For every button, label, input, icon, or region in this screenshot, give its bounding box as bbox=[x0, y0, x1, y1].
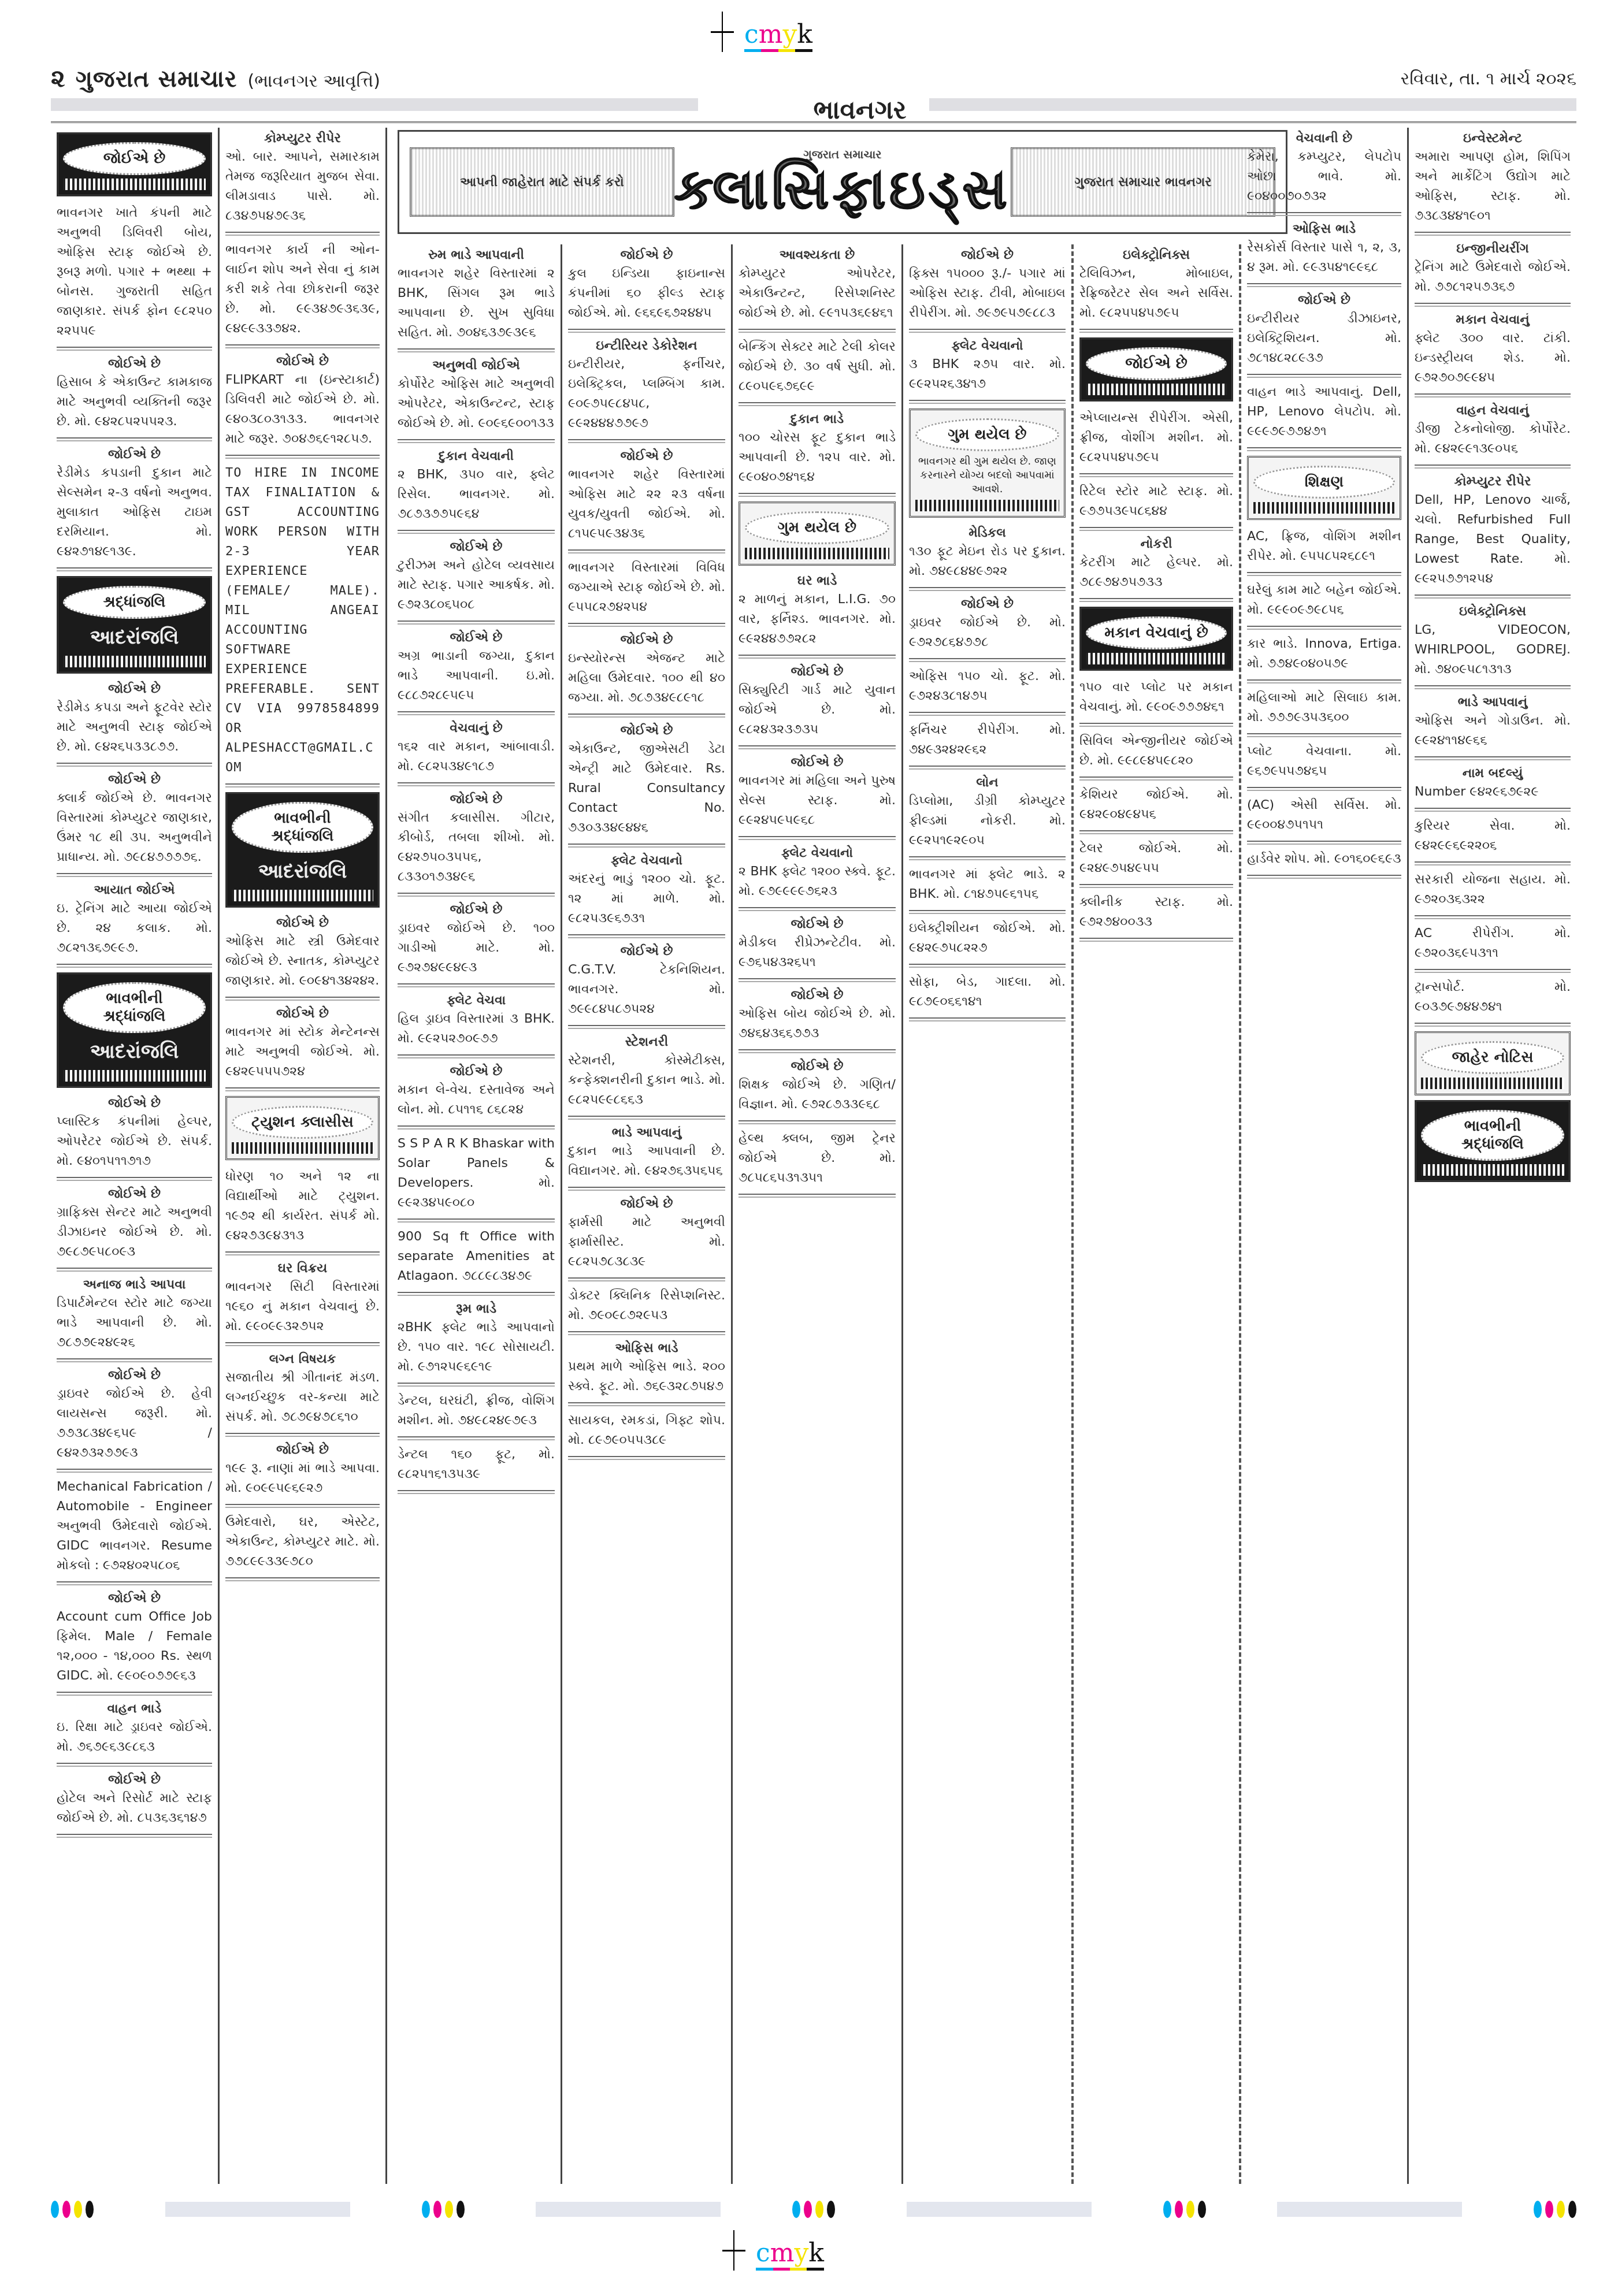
ad-body: એકાઉન્ટ, જીએસટી ડેટા એન્ટ્રી માટે ઉમેદવા… bbox=[568, 740, 725, 838]
ad-heading: દુકાન વેચવાની bbox=[398, 448, 555, 465]
ad-heading: જોઈએ છે bbox=[568, 1195, 725, 1213]
classified-ad: ફ્લેટ વેચવાનો૨ BHK ફ્લેટ ૧૨૦૦ સ્ક્વે. ફૂ… bbox=[739, 842, 896, 905]
cmyk-dots bbox=[1163, 2201, 1206, 2218]
classified-ad: ઇલેક્ટ્રીશીયન જોઈએ. મો. ૯૪૨૯૭૫૮૨૨૭ bbox=[909, 916, 1066, 961]
ad-body: ૩ BHK ૨૭૫ વાર. મો. ૯૯૨૫૨૬૩૪૧૭ bbox=[909, 355, 1066, 394]
display-ad-box: ગુમ થયેલ છેભાવનગર થી ગુમ થયેલ છે. જાણ કર… bbox=[909, 408, 1066, 518]
ad-heading: ઇન્જીનીયરીંગ bbox=[1415, 240, 1571, 258]
ad-separator bbox=[398, 1054, 555, 1058]
ad-separator bbox=[225, 1433, 380, 1437]
classified-ad: જોઈએ છેઓફિસ માટે સ્ત્રી ઉમેદવાર જોઈએ છે.… bbox=[225, 912, 380, 994]
ad-body: Number ૯૪૨૯૬૭૯૨૯ bbox=[1415, 782, 1571, 802]
ad-separator bbox=[1415, 915, 1571, 919]
classified-ad: લોનડિપ્લોમા, ડીગ્રી કોમ્પ્યુટર ફીલ્ડમાં … bbox=[909, 772, 1066, 854]
classified-ad: સ્ટેશનરીસ્ટેશનરી, કોસ્મેટીક્સ, કન્ફેક્શન… bbox=[568, 1031, 725, 1113]
ad-separator bbox=[1079, 598, 1233, 602]
decorative-border bbox=[745, 548, 889, 559]
ad-heading: ભાડે આપવાનું bbox=[568, 1124, 725, 1142]
ad-body: મહિલાઓ માટે સિલાઇ કામ. મો. ૭૭૭૯૩૫૩૬૦૦ bbox=[1247, 688, 1401, 727]
classified-ad: ઇન્ટીરિયર ડેકોરેશનઇન્ટીરીયર, ફર્નીચર, ઇલ… bbox=[568, 335, 725, 437]
ad-body: સિક્યુરિટી ગાર્ડ માટે યુવાન જોઈએ છે. મો.… bbox=[739, 681, 896, 740]
ad-heading: ઘર વિક્રય bbox=[225, 1260, 380, 1277]
ad-separator bbox=[57, 437, 212, 441]
registration-mark-top: cmyk bbox=[711, 12, 812, 52]
ad-separator bbox=[398, 621, 555, 625]
ad-body: ક્લીનીક સ્ટાફ. મો. ૯૭૨૭૪૦૦૩૩ bbox=[1079, 893, 1233, 932]
ad-separator bbox=[1247, 841, 1401, 845]
ad-heading: જોઈએ છે bbox=[398, 538, 555, 556]
ad-body: 900 Sq ft Office with separate Amenities… bbox=[398, 1227, 555, 1286]
ad-body: Mechanical Fabrication / Automobile - En… bbox=[57, 1477, 212, 1576]
ad-body: શિક્ષક જોઈએ છે. ગણિત/વિજ્ઞાન. મો. ૯૭૨૮૭૩… bbox=[739, 1075, 896, 1114]
classified-ad: જોઈએ છેરેડીમેડ કપડા અને ફૂટવેર સ્ટોર માટ… bbox=[57, 678, 212, 760]
classified-ad: જોઈએ છેહિસાબ કે એકાઉન્ટ કામકાજ માટે અનુભ… bbox=[57, 353, 212, 435]
ad-body: ડિપ્લોમા, ડીગ્રી કોમ્પ્યુટર ફીલ્ડમાં નોક… bbox=[909, 792, 1066, 850]
classified-ad: પ્લોટ વેચવાના. મો. ૯૬૭૯૫૫૭૪૬૫ bbox=[1247, 740, 1401, 785]
ad-separator bbox=[225, 344, 380, 348]
ad-body: ધોરણ ૧૦ અને ૧૨ ના વિદ્યાર્થીઓ માટે ટ્યુશ… bbox=[225, 1167, 380, 1246]
classified-ad: ઇન્જીનીયરીંગટ્રેનિંગ માટે ઉમેદવારો જોઈએ.… bbox=[1415, 238, 1571, 300]
ad-body: ઘરેલું કામ માટે બહેન જોઈએ. મો. ૯૯૯૦૯૭૯૮૫… bbox=[1247, 581, 1401, 620]
classified-ad: ઘરેલું કામ માટે બહેન જોઈએ. મો. ૯૯૯૦૯૭૯૮૫… bbox=[1247, 578, 1401, 623]
ad-separator bbox=[398, 348, 555, 352]
ad-separator bbox=[1079, 830, 1233, 834]
ad-heading: લગ્ન વિષયક bbox=[225, 1351, 380, 1368]
ad-body: એપ્લાયન્સ રીપેરીંગ. એસી, ફ્રીજ, વોશીંગ મ… bbox=[1079, 408, 1233, 467]
column-3: રુમ ભાડે આપવાનીભાવનગર શહેર વિસ્તારમાં ૨ … bbox=[392, 244, 562, 2184]
ad-separator bbox=[398, 893, 555, 897]
crosshair-icon bbox=[722, 2230, 745, 2271]
classified-ad: ઓફિસ ભાડેરેસકોર્સ વિસ્તાર પાસે ૧, ૨, ૩, … bbox=[1247, 218, 1401, 281]
cmyk-dots bbox=[422, 2201, 465, 2218]
classified-ad: ઇલેક્ટ્રોનિક્સLG, VIDEOCON, WHIRLPOOL, G… bbox=[1415, 601, 1571, 683]
ad-heading: દુકાન ભાડે bbox=[739, 411, 896, 428]
classified-ad: નામ બદલ્યુંNumber ૯૪૨૯૬૭૯૨૯ bbox=[1415, 763, 1571, 805]
classified-ad: જોઈએ છેસંગીત કલાસીસ. ગીટાર, કીબોર્ડ, તબલ… bbox=[398, 789, 555, 890]
ad-body: ઇન્ટીરીયર, ફર્નીચર, ઇલેક્ટ્રિકલ, પ્લમ્બિ… bbox=[568, 355, 725, 433]
classified-ad: ઉમેદવારો, ઘર, એસ્ટેટ, એકાઉન્ટ, કોમ્પ્યુટ… bbox=[225, 1510, 380, 1575]
decorative-border bbox=[63, 656, 206, 667]
ad-heading: ઇલેક્ટ્રોનિક્સ bbox=[1079, 247, 1233, 264]
ad-body: FLIPKART ના (ઇન્સ્ટાકાર્ટ) ડિલિવરી માટે … bbox=[225, 370, 380, 449]
classified-ad: જોઈએ છેભાવનગર શહેર વિસ્તારમાં ઓફિસ માટે … bbox=[568, 445, 725, 547]
display-ad-subtitle: આદરાંજલિ bbox=[63, 1036, 206, 1067]
ad-heading: રુમ ભાડે આપવાની bbox=[398, 247, 555, 264]
ad-body: ભાવનગર માં મહિલા અને પુરુષ સેલ્સ સ્ટાફ. … bbox=[739, 771, 896, 830]
display-ad-box: મકાન વેચવાનું છે bbox=[1079, 607, 1233, 671]
classified-ad: જોઈએ છેક્લાર્ક જોઈએ છે. ભાવનગર વિસ્તારમા… bbox=[57, 769, 212, 871]
classified-ad: ઘર વિક્રયભાવનગર સિટી વિસ્તારમાં ૧૯૬૦ નું… bbox=[225, 1258, 380, 1340]
ad-body: ઓ. બાર. આપને, સમારકામ તેમજ જરૂરિયાત મુજબ… bbox=[225, 147, 380, 226]
display-ad-title: ગુમ થયેલ છે bbox=[915, 418, 1059, 451]
classified-ad: જોઈએ છેઇન્ટીરીયર ડીઝાઇનર, ઇલેક્ટ્રિશિયન.… bbox=[1247, 289, 1401, 371]
grey-patch bbox=[1277, 2202, 1462, 2217]
ad-separator bbox=[568, 1331, 725, 1335]
ad-body: ડ્રાઇવર જોઈએ છે. હેવી લાયસન્સ જરૂરી. મો.… bbox=[57, 1384, 212, 1463]
ad-body: ભાવનગર શહેર વિસ્તારમાં ૨ BHK, સિંગલ રૂમ … bbox=[398, 264, 555, 343]
classified-ad: મકાન વેચવાનુંફ્લેટ ૩૦૦ વાર. ટાંકી. ઇન્ડસ… bbox=[1415, 309, 1571, 391]
ad-heading: જોઈએ છે bbox=[568, 448, 725, 465]
display-ad-box: ભાવભીની શ્રદ્ધાંજલિઆદરાંજલિ bbox=[57, 972, 212, 1088]
ad-separator bbox=[909, 329, 1066, 333]
classified-ad: વેચવાનું છે૧૬૨ વાર મકાન, આંબાવાડી. મો. ૯… bbox=[398, 718, 555, 780]
ad-heading: જોઈએ છે bbox=[57, 355, 212, 373]
ad-body: ડોક્ટર ક્લિનિક રિસેપ્શનિસ્ટ. મો. ૭૯૦૯૮૭૨… bbox=[568, 1286, 725, 1325]
classifieds-page: જોઈએ છેભાવનગર ખાતે કંપની માટે અનુભવી ડિલ… bbox=[51, 121, 1576, 2184]
classified-ad: જોઈએ છેટુરીઝમ અને હોટેલ વ્યવસાય માટે સ્ટ… bbox=[398, 536, 555, 618]
classified-ad: S S P A R K Bhaskar with Solar Panels & … bbox=[398, 1132, 555, 1216]
ad-heading: જોઈએ છે bbox=[568, 722, 725, 740]
ad-separator bbox=[398, 782, 555, 786]
classified-ad: ભાડે આપવાનુંદુકાન ભાડે આપવાની છે. વિદ્યા… bbox=[568, 1122, 725, 1184]
column-7: ઇલેક્ટ્રોનિક્સટેલિવિઝન, મોબાઇલ, રેફ્રિજર… bbox=[1074, 244, 1241, 2184]
ad-separator bbox=[1415, 756, 1571, 760]
ad-separator bbox=[909, 658, 1066, 662]
ad-heading: ઇલેક્ટ્રોનિક્સ bbox=[1415, 603, 1571, 621]
ad-separator bbox=[739, 1194, 896, 1198]
cmyk-dots bbox=[51, 2201, 94, 2218]
ad-separator bbox=[1247, 572, 1401, 576]
ad-separator bbox=[1247, 875, 1401, 879]
display-ad-box: જોઈએ છે bbox=[57, 132, 212, 196]
classified-ad: દુકાન વેચવાની૨ BHK, ૩૫૦ વાર, ફ્લેટ રિસેલ… bbox=[398, 445, 555, 527]
classified-ad: ક્લીનીક સ્ટાફ. મો. ૯૭૨૭૪૦૦૩૩ bbox=[1079, 890, 1233, 935]
classified-ad: જોઈએ છેરેડીમેડ કપડાની દુકાન માટે સેલ્સમે… bbox=[57, 444, 212, 565]
ad-body: સજાતીય શ્રી ગીતાનંદ મંડળ. લગ્નઈચ્છુક વર-… bbox=[225, 1368, 380, 1427]
ad-separator bbox=[57, 1581, 212, 1585]
display-ad-title: ટ્યુશન ક્લાસીસ bbox=[232, 1106, 373, 1139]
ad-body: ડ્રાઇવર જોઈએ છે. મો. ૯૭૨૭૮૬૪૭૭૮ bbox=[909, 613, 1066, 652]
classified-ad: કોમ્પ્યુટર રીપેરઓ. બાર. આપને, સમારકામ તે… bbox=[225, 128, 380, 229]
ad-separator bbox=[398, 1436, 555, 1440]
ad-heading: ફ્લેટ વેચવા bbox=[398, 992, 555, 1009]
classified-ad: 900 Sq ft Office with separate Amenities… bbox=[398, 1225, 555, 1290]
ad-body: હિલ ડ્રાઇવ વિસ્તારમાં ૩ BHK. મો. ૯૯૨૫૨૭૦… bbox=[398, 1009, 555, 1049]
ad-separator bbox=[57, 1469, 212, 1473]
ad-body: સોફા, બેડ, ગાદલા. મો. ૯૮૭૯૦૬૬૧૪૧ bbox=[909, 972, 1066, 1012]
ad-body: TO HIRE IN INCOME TAX FINALIATION & GST … bbox=[225, 463, 380, 778]
ad-body: કેટરીંગ માટે હેલ્પર. મો. ૭૮૯૭૪૭૫૭૩૩ bbox=[1079, 553, 1233, 592]
ad-separator bbox=[1079, 884, 1233, 888]
classified-ad: ભાડે આપવાનુંઓફિસ અને ગોડાઉન. મો. ૯૯૨૪૧૧૪… bbox=[1415, 692, 1571, 754]
ad-separator bbox=[739, 493, 896, 497]
classified-ad: અનાજ ભાડે આપવાડિપાર્ટમેન્ટલ સ્ટોર માટે જ… bbox=[57, 1274, 212, 1356]
classified-ad: Mechanical Fabrication / Automobile - En… bbox=[57, 1475, 212, 1579]
color-calibration-strip bbox=[51, 2198, 1576, 2221]
classified-ad: ૧૫૦ વાર પ્લોટ પર મકાન વેચવાનું. મો. ૯૯૦૯… bbox=[1079, 675, 1233, 720]
ad-heading: કોમ્પ્યુટર રીપેર bbox=[1415, 473, 1571, 491]
classified-ad: ડેન્ટલ, ઘરઘંટી, ફ્રીજ, વોશિંગ મશીન. મો. … bbox=[398, 1389, 555, 1434]
classified-ad: જોઈએ છેડ્રાઇવર જોઈએ છે. હેવી લાયસન્સ જરૂ… bbox=[57, 1365, 212, 1466]
ad-body: રિટેલ સ્ટોર માટે સ્ટાફ. મો. ૯૭૭૫૩૯૫૮૬૪૪ bbox=[1079, 482, 1233, 521]
crosshair-icon bbox=[711, 12, 734, 52]
ad-body: ડેન્ટલ, ઘરઘંટી, ફ્રીજ, વોશિંગ મશીન. મો. … bbox=[398, 1391, 555, 1431]
classified-ad: ફર્નિચર રીપેરીંગ. મો. ૭૪૯૩૨૪૨૯૬૨ bbox=[909, 718, 1066, 763]
ad-heading: જોઈએ છે bbox=[57, 771, 212, 789]
column-2: કોમ્પ્યુટર રીપેરઓ. બાર. આપને, સમારકામ તે… bbox=[220, 128, 387, 2184]
ad-body: અંદરનું ભાડું ૧૨૦૦ ચો. ફૂટ. ૧૨ માં માળે.… bbox=[568, 870, 725, 928]
ad-body: ભાવનગર શહેર વિસ્તારમાં ઓફિસ માટે ૨૨ ૨૩ વ… bbox=[568, 465, 725, 544]
ad-separator bbox=[1415, 808, 1571, 812]
display-ad-subtitle: આદરાંજલિ bbox=[63, 622, 206, 652]
classified-ad: ભાવનગર માં ફ્લેટ ભાડે. ૨ BHK. મો. ૮૧૪૭૫૯… bbox=[909, 863, 1066, 908]
ad-body: ડેન્ટલ ૧૬૦ ફૂટ, મો. ૯૮૨૫૧૬૧૩૫૩૯ bbox=[398, 1445, 555, 1484]
ad-separator bbox=[398, 1490, 555, 1494]
ad-body: ફ્લેટ ૩૦૦ વાર. ટાંકી. ઇન્ડસ્ટ્રીયલ શેડ. … bbox=[1415, 329, 1571, 388]
ad-heading: મેડિકલ bbox=[909, 525, 1066, 542]
ad-separator bbox=[909, 964, 1066, 968]
ad-body: પ્રથમ માળે ઓફિસ ભાડે. ૨૦૦ સ્ક્વે. ફૂટ. મ… bbox=[568, 1357, 725, 1396]
ad-body: ઓફિસ ૧૫૦ ચો. ફૂટ. મો. ૯૭૨૪૩૮૧૪૭૫ bbox=[909, 667, 1066, 706]
ad-separator bbox=[1415, 595, 1571, 599]
ad-separator bbox=[739, 978, 896, 982]
decorative-border bbox=[1253, 502, 1395, 514]
classified-ad: વેચવાની છેકેમેરા, કમ્પ્યુટર, લેપટોપ ઓછા … bbox=[1247, 128, 1401, 210]
ad-body: હેલ્થ ક્લબ, જીમ ટ્રેનર જોઈએ છે. મો. ૭૮૫૮… bbox=[739, 1129, 896, 1188]
ad-heading: વેચવાનું છે bbox=[398, 720, 555, 737]
ad-separator bbox=[1415, 685, 1571, 689]
classified-ad: ભાવનગર વિસ્તારમાં વિવિધ જગ્યાએ સ્ટાફ જોઈ… bbox=[568, 556, 725, 621]
display-ad-title: જોઈએ છે bbox=[1086, 347, 1227, 380]
ad-heading: આયાત જોઈએ bbox=[57, 882, 212, 899]
ad-separator bbox=[225, 1087, 380, 1091]
ad-separator bbox=[739, 1049, 896, 1053]
decorative-border bbox=[915, 500, 1059, 511]
classified-ad: જોઈએ છેગ્રાફિક્સ સેન્ટર માટે અનુભવી ડીઝા… bbox=[57, 1183, 212, 1265]
registration-mark-bottom: cmyk bbox=[722, 2230, 824, 2271]
ad-body: ૨ BHK ફ્લેટ ૧૨૦૦ સ્ક્વે. ફૂટ. મો. ૯૭૯૯૯૯… bbox=[739, 862, 896, 901]
display-ad-title: ભાવભીની શ્રદ્ધાંજલિ bbox=[232, 802, 373, 853]
ad-body: રેસકોર્સ વિસ્તાર પાસે ૧, ૨, ૩, ૪ રૂમ. મો… bbox=[1247, 238, 1401, 277]
ad-body: કોમ્પ્યુટર ઓપરેટર, એકાઉન્ટન્ટ, રિસેપ્શનિ… bbox=[739, 264, 896, 323]
ad-heading: જોઈએ છે bbox=[57, 1367, 212, 1384]
ad-separator bbox=[568, 1116, 725, 1120]
ad-separator bbox=[568, 844, 725, 848]
display-ad-subtitle: આદરાંજલિ bbox=[232, 856, 373, 886]
classified-ad: અનુભવી જોઈએકોર્પોરેટ ઓફિસ માટે અનુભવી ઓપ… bbox=[398, 355, 555, 437]
ad-heading: જોઈએ છે bbox=[398, 791, 555, 808]
display-ad-box: શિક્ષણ bbox=[1247, 456, 1401, 520]
ad-separator bbox=[57, 964, 212, 968]
classified-ad: સરકારી યોજના સહાય. મો. ૯૭૨૦૩૬૩૨૨ bbox=[1415, 868, 1571, 913]
banner-title: ક્લાસિફાઇડ્સ bbox=[674, 161, 1011, 217]
ad-separator bbox=[225, 997, 380, 1001]
ad-heading: જોઈએ છે bbox=[568, 943, 725, 960]
ad-heading: વાહન વેચવાનું bbox=[1415, 402, 1571, 419]
column-4: જોઈએ છેકુલ ઇન્ડિયા ફાઇનાન્સ કંપનીમાં ૬૦ … bbox=[562, 244, 733, 2184]
classified-ad: (AC) એસી સર્વિસ. મો. ૯૯૦૦૪૭૫૧૫૧ bbox=[1247, 793, 1401, 838]
ad-separator bbox=[1247, 447, 1401, 451]
ad-separator bbox=[225, 455, 380, 459]
cmyk-label: cmyk bbox=[756, 2241, 824, 2271]
ad-separator bbox=[568, 1025, 725, 1029]
ad-body: ડ્રાઇવર જોઈએ છે. ૧૦૦ ગાડીઓ માટે. મો. ૯૭૨… bbox=[398, 919, 555, 978]
ad-separator bbox=[57, 1763, 212, 1767]
classified-ad: ઇલેક્ટ્રોનિક્સટેલિવિઝન, મોબાઇલ, રેફ્રિજર… bbox=[1079, 244, 1233, 326]
decorative-border bbox=[63, 179, 206, 190]
ad-body: કેશિયર જોઈએ. મો. ૯૪૨૯૦૪૯૪૫૬ bbox=[1079, 785, 1233, 824]
ad-heading: જોઈએ છે bbox=[225, 353, 380, 370]
ad-separator bbox=[739, 402, 896, 406]
classified-ad: મેડિકલ૧૩૦ ફૂટ મેઇન રોડ પર દુકાન. મો. ૭૪૯… bbox=[909, 522, 1066, 585]
ad-body: ગ્રાફિક્સ સેન્ટર માટે અનુભવી ડીઝાઇનર જોઈ… bbox=[57, 1203, 212, 1262]
ad-body: મકાન લે-વેચ. દસ્તાવેજ અને લોન. મો. ૮૫૧૧૬… bbox=[398, 1080, 555, 1120]
ad-body: ૧૯૯ રૂ. નાણાં માં ભાડે આપવા. મો. ૯૦૯૯૫૯૬… bbox=[225, 1459, 380, 1498]
ad-separator bbox=[1079, 723, 1233, 727]
masthead: ૨ ગુજરાત સમાચાર (ભાવનગર આવૃત્તિ) ભાવનગર … bbox=[51, 61, 1576, 113]
column-9: ઇન્વેસ્ટમેન્ટઅમારા આપણ હોમ, શિપિંગ અને મ… bbox=[1409, 128, 1576, 2184]
classified-ad: નોકરીકેટરીંગ માટે હેલ્પર. મો. ૭૮૯૭૪૭૫૭૩૩ bbox=[1079, 533, 1233, 596]
ad-body: ટ્રાન્સપોર્ટ. મો. ૯૦૩૭૯૭૪૪૭૪૧ bbox=[1415, 978, 1571, 1017]
ad-heading: જોઈએ છે bbox=[739, 987, 896, 1004]
ad-body: ઓફિસ અને ગોડાઉન. મો. ૯૯૨૪૧૧૪૯૬૬ bbox=[1415, 711, 1571, 751]
ad-separator bbox=[57, 567, 212, 571]
ad-separator bbox=[225, 1504, 380, 1508]
ad-body: કોર્પોરેટ ઓફિસ માટે અનુભવી ઓપરેટર, એકાઉન… bbox=[398, 374, 555, 433]
display-ad-box: ટ્યુશન ક્લાસીસ bbox=[225, 1096, 380, 1160]
classified-ad: કાર ભાડે. Innova, Ertiga. મો. ૭૭૪૯૦૪૦૫૭૯ bbox=[1247, 632, 1401, 677]
ad-heading: જોઈએ છે bbox=[398, 629, 555, 647]
banner-left-panel: આપની જાહેરાત માટે સંપર્ક કરો bbox=[410, 147, 674, 217]
ad-separator bbox=[909, 856, 1066, 860]
decorative-border bbox=[1086, 653, 1227, 664]
ad-separator bbox=[1415, 861, 1571, 865]
ad-separator bbox=[739, 745, 896, 749]
classified-ad: જોઈએ છેC.G.T.V. ટેકનિશિયન. ભાવનગર. મો. ૭… bbox=[568, 941, 725, 1023]
ad-heading: જોઈએ છે bbox=[57, 1590, 212, 1607]
classified-ad: જોઈએ છેકુલ ઇન્ડિયા ફાઇનાન્સ કંપનીમાં ૬૦ … bbox=[568, 244, 725, 326]
ad-separator bbox=[909, 910, 1066, 914]
classified-ad: વાહન ભાડે આપવાનું. Dell, HP, Lenovo લેપટ… bbox=[1247, 380, 1401, 445]
ad-heading: જોઈએ છે bbox=[909, 247, 1066, 264]
ad-body: Account cum Office Job ફિમેલ. Male / Fem… bbox=[57, 1607, 212, 1686]
ad-body: ઇલેક્ટ્રીશીયન જોઈએ. મો. ૯૪૨૯૭૫૮૨૨૭ bbox=[909, 919, 1066, 958]
decorative-border bbox=[1421, 1164, 1564, 1176]
ad-heading: નોકરી bbox=[1079, 536, 1233, 553]
ad-separator bbox=[1079, 777, 1233, 781]
classified-ad: ફ્લેટ વેચવાનો૩ BHK ૨૭૫ વાર. મો. ૯૯૨૫૨૬૩૪… bbox=[909, 335, 1066, 397]
ad-body: સ્ટેશનરી, કોસ્મેટીક્સ, કન્ફેક્શનરીની દુક… bbox=[568, 1051, 725, 1110]
classified-ad: ડેન્ટલ ૧૬૦ ફૂટ, મો. ૯૮૨૫૧૬૧૩૫૩૯ bbox=[398, 1443, 555, 1488]
ad-heading: જોઈએ છે bbox=[739, 663, 896, 681]
classified-ad: કુરિયર સેવા. મો. ૯૪૨૯૯૬૯૨૨૦૬ bbox=[1415, 814, 1571, 859]
classified-ad: કેશિયર જોઈએ. મો. ૯૪૨૯૦૪૯૪૫૬ bbox=[1079, 783, 1233, 828]
display-ad-box: ગુમ થયેલ છે bbox=[739, 501, 896, 566]
ad-body: પ્લોટ વેચવાના. મો. ૯૬૭૯૫૫૭૪૬૫ bbox=[1247, 742, 1401, 781]
ad-body: કુલ ઇન્ડિયા ફાઇનાન્સ કંપનીમાં ૬૦ ફીલ્ડ સ… bbox=[568, 264, 725, 323]
display-ad-box: શ્રદ્ધાંજલિઆદરાંજલિ bbox=[57, 576, 212, 674]
ad-body: ૨ BHK, ૩૫૦ વાર, ફ્લેટ રિસેલ. ભાવનગર. મો.… bbox=[398, 465, 555, 524]
column-5: આવશ્યકતા છેકોમ્પ્યુટર ઓપરેટર, એકાઉન્ટન્ટ… bbox=[733, 244, 903, 2184]
issue-date: રવિવાર, તા. ૧ માર્ચ ૨૦૨૬ bbox=[1401, 69, 1576, 89]
ad-body: રેડીમેડ કપડા અને ફૂટવેર સ્ટોર માટે અનુભવ… bbox=[57, 698, 212, 757]
ad-heading: સ્ટેશનરી bbox=[568, 1034, 725, 1051]
ad-separator bbox=[57, 873, 212, 877]
display-ad-title: ગુમ થયેલ છે bbox=[745, 511, 889, 544]
ad-separator bbox=[57, 1692, 212, 1696]
classified-ad: ઓફિસ ભાડેપ્રથમ માળે ઓફિસ ભાડે. ૨૦૦ સ્ક્વ… bbox=[568, 1338, 725, 1400]
ad-heading: જોઈએ છે bbox=[568, 631, 725, 649]
classified-ad: જોઈએ છેસિક્યુરિટી ગાર્ડ માટે યુવાન જોઈએ … bbox=[739, 661, 896, 743]
ad-heading: ફ્લેટ વેચવાનો bbox=[739, 845, 896, 862]
classified-ad: ઓફિસ ૧૫૦ ચો. ફૂટ. મો. ૯૭૨૪૩૮૧૪૭૫ bbox=[909, 664, 1066, 709]
header-rule-right bbox=[929, 98, 1576, 111]
ad-separator bbox=[57, 1268, 212, 1272]
ad-heading: જોઈએ છે bbox=[57, 1771, 212, 1789]
ad-heading: જોઈએ છે bbox=[1247, 292, 1401, 309]
classified-ad: ફ્લેટ વેચવાનોઅંદરનું ભાડું ૧૨૦૦ ચો. ફૂટ.… bbox=[568, 850, 725, 932]
classified-ad: જોઈએ છેમકાન લે-વેચ. દસ્તાવેજ અને લોન. મો… bbox=[398, 1061, 555, 1123]
ad-heading: જોઈએ છે bbox=[57, 1186, 212, 1203]
ad-separator bbox=[739, 1120, 896, 1124]
ad-body: બેન્કિંગ સેક્ટર માટે ટેલી કોલર જોઈએ છે. … bbox=[739, 337, 896, 396]
ad-body: હિસાબ કે એકાઉન્ટ કામકાજ માટે અનુભવી વ્યક… bbox=[57, 373, 212, 432]
ad-separator bbox=[57, 347, 212, 351]
ad-body: ટેલર જોઈએ. મો. ૯૨૪૯૭૫૪૯૫૫ bbox=[1079, 839, 1233, 878]
ad-separator bbox=[1247, 787, 1401, 791]
classified-ad: જોઈએ છેમેડીકલ રીપ્રેઝન્ટેટીવ. મો. ૯૭૬૫૪૩… bbox=[739, 913, 896, 976]
ad-body: ૨ માળનું મકાન, L.I.G. ૭૦ વાર, ફર્નિશ્ડ. … bbox=[739, 590, 896, 649]
decorative-border bbox=[1086, 384, 1227, 395]
ad-body: ૧૩૦ ફૂટ મેઇન રોડ પર દુકાન. મો. ૭૪૯૮૪૪૯૭૨… bbox=[909, 542, 1066, 581]
ad-heading: ફ્લેટ વેચવાનો bbox=[568, 852, 725, 870]
ad-heading: જોઈએ છે bbox=[57, 1095, 212, 1112]
ad-separator bbox=[1415, 303, 1571, 307]
ad-separator bbox=[225, 783, 380, 787]
decorative-border bbox=[232, 890, 373, 901]
classified-ad: કોમ્પ્યુટર રીપેરDell, HP, Lenovo ચાર્જ, … bbox=[1415, 471, 1571, 592]
ad-heading: ઇન્વેસ્ટમેન્ટ bbox=[1415, 130, 1571, 147]
column-1: જોઈએ છેભાવનગર ખાતે કંપની માટે અનુભવી ડિલ… bbox=[51, 128, 220, 2184]
ad-heading: ઘર ભાડે bbox=[739, 573, 896, 590]
ad-separator bbox=[909, 1017, 1066, 1021]
ad-separator bbox=[398, 530, 555, 534]
classified-ad: એપ્લાયન્સ રીપેરીંગ. એસી, ફ્રીજ, વોશીંગ મ… bbox=[1079, 406, 1233, 471]
classified-ad: ઘર ભાડે૨ માળનું મકાન, L.I.G. ૭૦ વાર, ફર્… bbox=[739, 570, 896, 652]
display-ad-title: જોઈએ છે bbox=[63, 142, 206, 175]
ad-body: ૨BHK ફ્લેટ ભાડે આપવાનો છે. ૧૫૦ વાર. ૧૯૮ … bbox=[398, 1318, 555, 1377]
ad-separator bbox=[57, 1177, 212, 1181]
ad-separator bbox=[398, 711, 555, 715]
ad-body: ઉમેદવારો, ઘર, એસ્ટેટ, એકાઉન્ટ, કોમ્પ્યુટ… bbox=[225, 1513, 380, 1571]
ad-body: દુકાન ભાડે આપવાની છે. વિદ્યાનગર. મો. ૯૪૨… bbox=[568, 1142, 725, 1181]
page-number: ૨ bbox=[51, 64, 65, 93]
classified-ad: જોઈએ છેઅગ્ર ભાડાની જગ્યા, દુકાન ભાડે આપવ… bbox=[398, 627, 555, 709]
ad-body: કુરિયર સેવા. મો. ૯૪૨૯૯૬૯૨૨૦૬ bbox=[1415, 816, 1571, 856]
ad-separator bbox=[568, 549, 725, 553]
display-ad-box: ભાવભીની શ્રદ્ધાંજલિ bbox=[1415, 1100, 1571, 1182]
classified-ad: જોઈએ છેભાવનગર માં મહિલા અને પુરુષ સેલ્સ … bbox=[739, 752, 896, 834]
ad-separator bbox=[225, 232, 380, 236]
ad-body: સાયકલ, રમકડાં, ગિફ્ટ શોપ. મો. ૮૯૭૯૦૫૫૩૮૯ bbox=[568, 1411, 725, 1450]
classified-ad: જોઈએ છેભાવનગર માં સ્ટોક મેન્ટેનન્સ માટે … bbox=[225, 1003, 380, 1085]
ad-separator bbox=[1079, 473, 1233, 477]
ad-separator bbox=[568, 1277, 725, 1281]
ad-body: સંગીત કલાસીસ. ગીટાર, કીબોર્ડ, તબલા શીખો.… bbox=[398, 808, 555, 887]
edition-label: (ભાવનગર આવૃત્તિ) bbox=[248, 71, 380, 91]
classified-ad: જોઈએ છેપ્લાસ્ટિક કંપનીમાં હેલ્પર, ઓપરેટર… bbox=[57, 1093, 212, 1175]
ad-separator bbox=[1247, 212, 1401, 216]
ad-separator bbox=[225, 1342, 380, 1346]
ad-body: ઇન્ટીરીયર ડીઝાઇનર, ઇલેક્ટ્રિશિયન. મો. ૭૮… bbox=[1247, 309, 1401, 368]
ad-separator bbox=[568, 623, 725, 627]
ad-separator bbox=[1415, 232, 1571, 236]
ad-body: ઇન્સ્યોરન્સ એજન્ટ માટે મહિલા ઉમેદવાર. ૧૦… bbox=[568, 649, 725, 708]
ad-heading: જોઈએ છે bbox=[57, 681, 212, 698]
display-ad-title: જાહેર નોટિસ bbox=[1421, 1041, 1564, 1074]
paper-name: ગુજરાત સમાચાર bbox=[76, 66, 237, 92]
ad-separator bbox=[1079, 329, 1233, 333]
